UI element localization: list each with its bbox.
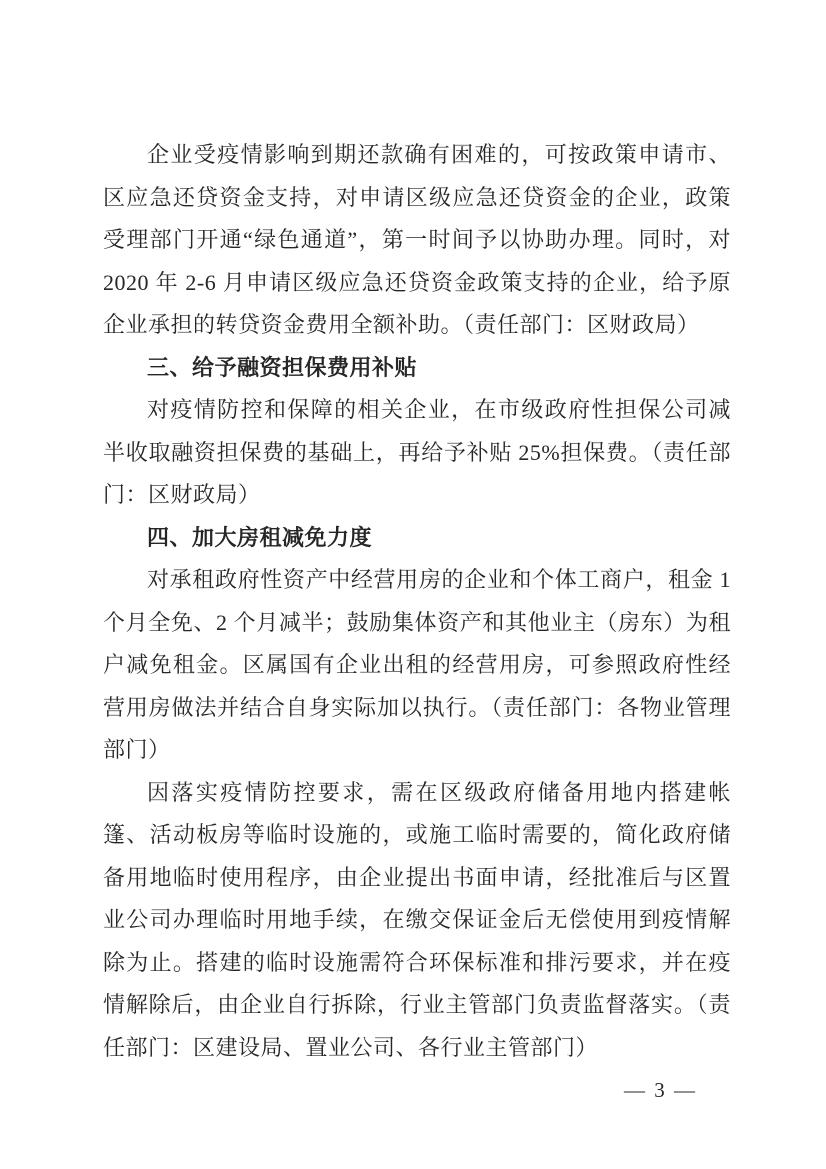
section-heading-rent-reduction: 四、加大房租减免力度 [103,517,731,560]
document-body: 企业受疫情影响到期还款确有困难的，可按政策申请市、区应急还贷资金支持，对申请区级… [103,134,731,1112]
paragraph-temporary-land-use: 因落实疫情防控要求，需在区级政府储备用地内搭建帐篷、活动板房等临时设施的，或施工… [103,772,731,1070]
paragraph-guarantee-fee-subsidy: 对疫情防控和保障的相关企业，在市级政府性担保公司减半收取融资担保费的基础上，再给… [103,389,731,517]
document-page: 企业受疫情影响到期还款确有困难的，可按政策申请市、区应急还贷资金支持，对申请区级… [0,0,826,1169]
paragraph-emergency-loan: 企业受疫情影响到期还款确有困难的，可按政策申请市、区应急还贷资金支持，对申请区级… [103,134,731,347]
page-number: — 3 — [103,1069,731,1112]
section-heading-financing-guarantee-subsidy: 三、给予融资担保费用补贴 [103,347,731,390]
paragraph-rent-reduction: 对承租政府性资产中经营用房的企业和个体工商户，租金 1 个月全免、2 个月减半；… [103,559,731,772]
